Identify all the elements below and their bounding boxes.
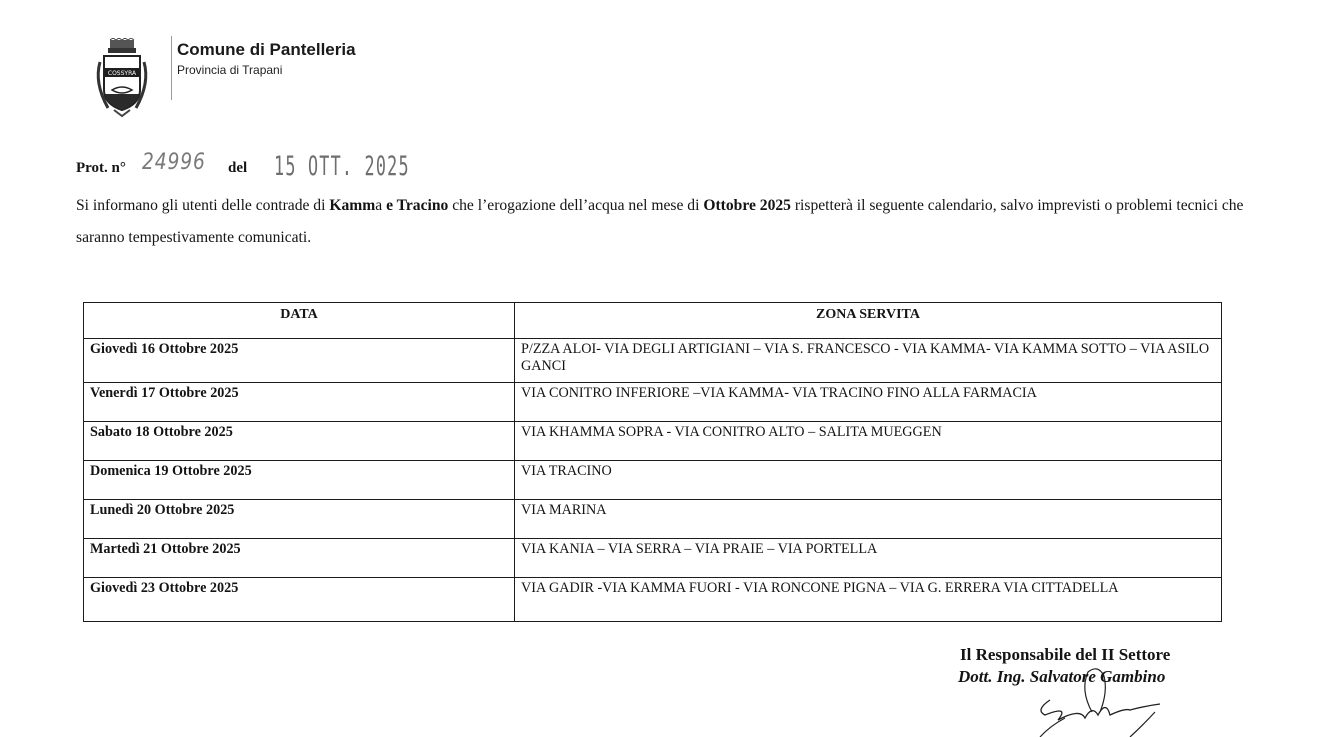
row-zone: VIA KHAMMA SOPRA - VIA CONITRO ALTO – SA…: [515, 422, 1222, 461]
row-zone: VIA MARINA: [515, 500, 1222, 539]
row-date: Sabato 18 Ottobre 2025: [84, 422, 515, 461]
intro-bold-tracino: e Tracino: [386, 197, 448, 214]
row-zone: VIA TRACINO: [515, 461, 1222, 500]
column-header-date: DATA: [84, 303, 515, 339]
water-schedule-table: DATA ZONA SERVITA Giovedì 16 Ottobre 202…: [83, 302, 1222, 622]
table-row: Lunedì 20 Ottobre 2025 VIA MARINA: [84, 500, 1222, 539]
signatory-name: Dott. Ing. Salvatore Gambino: [958, 667, 1165, 687]
row-date: Giovedì 23 Ottobre 2025: [84, 578, 515, 622]
intro-text: Si informano gli utenti delle contrade d…: [76, 197, 329, 214]
municipal-crest-icon: COSSYRA: [92, 38, 152, 118]
table-row: Martedì 21 Ottobre 2025 VIA KANIA – VIA …: [84, 539, 1222, 578]
protocol-number: 24996: [142, 150, 206, 175]
svg-text:COSSYRA: COSSYRA: [108, 70, 137, 77]
row-date: Lunedì 20 Ottobre 2025: [84, 500, 515, 539]
intro-text: che l’erogazione dell’acqua nel mese di: [448, 197, 703, 214]
intro-bold-kamma: Kamm: [329, 197, 375, 214]
intro-bold-month: Ottobre 2025: [703, 197, 791, 214]
org-name: Comune di Pantelleria: [177, 40, 356, 60]
protocol-date-stamp: 15 OTT. 2025: [274, 151, 410, 182]
table-row: Venerdì 17 Ottobre 2025 VIA CONITRO INFE…: [84, 383, 1222, 422]
header-divider: [171, 36, 172, 100]
row-date: Martedì 21 Ottobre 2025: [84, 539, 515, 578]
row-zone: VIA KANIA – VIA SERRA – VIA PRAIE – VIA …: [515, 539, 1222, 578]
signatory-title: Il Responsabile del II Settore: [960, 645, 1170, 665]
intro-text: a: [375, 197, 386, 214]
table-header-row: DATA ZONA SERVITA: [84, 303, 1222, 339]
protocol-del-label: del: [228, 160, 247, 177]
table-row: Giovedì 16 Ottobre 2025 P/ZZA ALOI- VIA …: [84, 339, 1222, 383]
table-row: Giovedì 23 Ottobre 2025 VIA GADIR -VIA K…: [84, 578, 1222, 622]
row-zone: VIA CONITRO INFERIORE –VIA KAMMA- VIA TR…: [515, 383, 1222, 422]
column-header-zone: ZONA SERVITA: [515, 303, 1222, 339]
row-date: Giovedì 16 Ottobre 2025: [84, 339, 515, 383]
row-zone: P/ZZA ALOI- VIA DEGLI ARTIGIANI – VIA S.…: [515, 339, 1222, 383]
protocol-label: Prot. n°: [76, 160, 126, 177]
row-zone: VIA GADIR -VIA KAMMA FUORI - VIA RONCONE…: [515, 578, 1222, 622]
table-row: Domenica 19 Ottobre 2025 VIA TRACINO: [84, 461, 1222, 500]
row-date: Domenica 19 Ottobre 2025: [84, 461, 515, 500]
row-date: Venerdì 17 Ottobre 2025: [84, 383, 515, 422]
intro-paragraph: Si informano gli utenti delle contrade d…: [76, 190, 1246, 254]
table-row: Sabato 18 Ottobre 2025 VIA KHAMMA SOPRA …: [84, 422, 1222, 461]
org-subtitle: Provincia di Trapani: [177, 63, 282, 77]
